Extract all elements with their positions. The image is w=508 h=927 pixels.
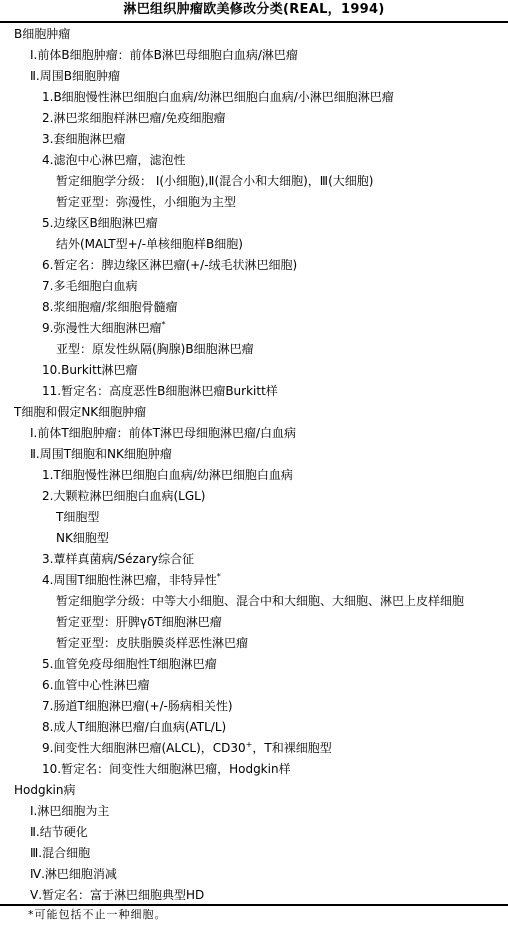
subtype-item: 1.B细胞慢性淋巴细胞白血病/幼淋巴细胞白血病/小淋巴细胞淋巴瘤: [0, 87, 508, 108]
subtype-item: 5.边缘区B细胞淋巴瘤: [0, 213, 508, 234]
row-text: Ⅱ.周围B细胞肿瘤: [30, 69, 120, 83]
subtype-note: NK细胞型: [0, 528, 508, 549]
row-text: 暂定亚型：皮肤脂膜炎样恶性淋巴瘤: [56, 636, 248, 650]
class-item: Ⅱ.周围B细胞肿瘤: [0, 66, 508, 87]
bottom-rule: [0, 904, 508, 906]
category-heading: T细胞和假定NK细胞肿瘤: [0, 402, 508, 423]
class-item: Ⅳ.淋巴细胞消减: [0, 864, 508, 885]
subtype-item: 7.多毛细胞白血病: [0, 276, 508, 297]
row-text: 10.Burkitt淋巴瘤: [42, 363, 138, 377]
class-item: Ⅴ.暂定名：富于淋巴细胞典型HD: [0, 885, 508, 906]
row-text: 2.大颗粒淋巴细胞白血病(LGL): [42, 489, 205, 503]
class-item: Ⅰ.淋巴细胞为主: [0, 801, 508, 822]
subtype-item: 7.肠道T细胞淋巴瘤(+/-肠病相关性): [0, 696, 508, 717]
row-text: 9.弥漫性大细胞淋巴瘤: [42, 321, 161, 335]
superscript-mark: *: [217, 572, 221, 581]
row-text: 3.套细胞淋巴瘤: [42, 132, 125, 146]
subtype-item: 3.套细胞淋巴瘤: [0, 129, 508, 150]
row-text: Ⅴ.暂定名：富于淋巴细胞典型HD: [30, 888, 204, 902]
class-item: Ⅲ.混合细胞: [0, 843, 508, 864]
subtype-item: 2.淋巴浆细胞样淋巴瘤/免疫细胞瘤: [0, 108, 508, 129]
class-item: Ⅱ.结节硬化: [0, 822, 508, 843]
table-title: 淋巴组织肿瘤欧美修改分类(REAL，1994): [0, 2, 508, 18]
row-text: 2.淋巴浆细胞样淋巴瘤/免疫细胞瘤: [42, 111, 226, 125]
subtype-item: 9.间变性大细胞淋巴瘤(ALCL)，CD30+，T和裸细胞型: [0, 738, 508, 759]
classification-list: B细胞肿瘤Ⅰ.前体B细胞肿瘤：前体B淋巴母细胞白血病/淋巴瘤Ⅱ.周围B细胞肿瘤1…: [0, 24, 508, 906]
row-text: 结外(MALT型+/-单核细胞样B细胞): [56, 237, 243, 251]
subtype-note: T细胞型: [0, 507, 508, 528]
row-text: 1.T细胞慢性淋巴细胞白血病/幼淋巴细胞白血病: [42, 468, 293, 482]
row-text: 4.周围T细胞性淋巴瘤，非特异性: [42, 573, 217, 587]
row-text: 1.B细胞慢性淋巴细胞白血病/幼淋巴细胞白血病/小淋巴细胞淋巴瘤: [42, 90, 394, 104]
category-heading: B细胞肿瘤: [0, 24, 508, 45]
row-text: 6.血管中心性淋巴瘤: [42, 678, 149, 692]
subtype-item: 10.Burkitt淋巴瘤: [0, 360, 508, 381]
row-text: T细胞型: [56, 510, 99, 524]
row-text: 5.边缘区B细胞淋巴瘤: [42, 216, 158, 230]
row-text: 7.肠道T细胞淋巴瘤(+/-肠病相关性): [42, 699, 233, 713]
subtype-item: 3.蕈样真菌病/Sézary综合征: [0, 549, 508, 570]
row-text: 11.暂定名：高度恶性B细胞淋巴瘤Burkitt样: [42, 384, 278, 398]
row-text: Ⅱ.结节硬化: [30, 825, 88, 839]
row-text: 3.蕈样真菌病/Sézary综合征: [42, 552, 194, 566]
class-item: Ⅰ.前体T细胞肿瘤：前体T淋巴母细胞淋巴瘤/白血病: [0, 423, 508, 444]
row-text: Ⅱ.周围T细胞和NK细胞肿瘤: [30, 447, 172, 461]
top-rule: [0, 21, 508, 23]
subtype-item: 8.成人T细胞淋巴瘤/白血病(ATL/L): [0, 717, 508, 738]
superscript-mark: *: [161, 320, 165, 329]
subtype-item: 9.弥漫性大细胞淋巴瘤*: [0, 318, 508, 339]
row-text: NK细胞型: [56, 531, 109, 545]
row-text: 8.成人T细胞淋巴瘤/白血病(ATL/L): [42, 720, 226, 734]
subtype-note: 结外(MALT型+/-单核细胞样B细胞): [0, 234, 508, 255]
row-text: 4.滤泡中心淋巴瘤，滤泡性: [42, 153, 185, 167]
subtype-note: 亚型：原发性纵隔(胸腺)B细胞淋巴瘤: [0, 339, 508, 360]
row-text: 暂定亚型：肝脾γδT细胞淋巴瘤: [56, 615, 222, 629]
subtype-note: 暂定亚型：皮肤脂膜炎样恶性淋巴瘤: [0, 633, 508, 654]
class-item: Ⅱ.周围T细胞和NK细胞肿瘤: [0, 444, 508, 465]
row-text: 8.浆细胞瘤/浆细胞骨髓瘤: [42, 300, 178, 314]
row-text: 6.暂定名：脾边缘区淋巴瘤(+/-绒毛状淋巴细胞): [42, 258, 297, 272]
subtype-note: 暂定细胞学分级：中等大小细胞、混合中和大细胞、大细胞、淋巴上皮样细胞: [0, 591, 508, 612]
subtype-item: 4.周围T细胞性淋巴瘤，非特异性*: [0, 570, 508, 591]
category-heading: Hodgkin病: [0, 780, 508, 801]
subtype-item: 4.滤泡中心淋巴瘤，滤泡性: [0, 150, 508, 171]
subtype-item: 8.浆细胞瘤/浆细胞骨髓瘤: [0, 297, 508, 318]
row-text: B细胞肿瘤: [14, 27, 70, 41]
row-text: Ⅳ.淋巴细胞消减: [30, 867, 117, 881]
footnote: *可能包括不止一种细胞。: [28, 907, 167, 923]
row-text: 9.间变性大细胞淋巴瘤(ALCL)，CD30: [42, 741, 246, 755]
subtype-item: 10.暂定名：间变性大细胞淋巴瘤，Hodgkin样: [0, 759, 508, 780]
row-text: 亚型：原发性纵隔(胸腺)B细胞淋巴瘤: [56, 342, 254, 356]
subtype-item: 6.暂定名：脾边缘区淋巴瘤(+/-绒毛状淋巴细胞): [0, 255, 508, 276]
subtype-item: 5.血管免疫母细胞性T细胞淋巴瘤: [0, 654, 508, 675]
row-text: Ⅲ.混合细胞: [30, 846, 90, 860]
subtype-item: 2.大颗粒淋巴细胞白血病(LGL): [0, 486, 508, 507]
row-text-after: ，T和裸细胞型: [252, 741, 331, 755]
row-text: T细胞和假定NK细胞肿瘤: [14, 405, 146, 419]
subtype-note: 暂定亚型：肝脾γδT细胞淋巴瘤: [0, 612, 508, 633]
row-text: Ⅰ.前体B细胞肿瘤：前体B淋巴母细胞白血病/淋巴瘤: [30, 48, 298, 62]
row-text: Ⅰ.前体T细胞肿瘤：前体T淋巴母细胞淋巴瘤/白血病: [30, 426, 296, 440]
class-item: Ⅰ.前体B细胞肿瘤：前体B淋巴母细胞白血病/淋巴瘤: [0, 45, 508, 66]
row-text: 7.多毛细胞白血病: [42, 279, 137, 293]
subtype-item: 1.T细胞慢性淋巴细胞白血病/幼淋巴细胞白血病: [0, 465, 508, 486]
row-text: 5.血管免疫母细胞性T细胞淋巴瘤: [42, 657, 217, 671]
row-text: Ⅰ.淋巴细胞为主: [30, 804, 109, 818]
row-text: 10.暂定名：间变性大细胞淋巴瘤，Hodgkin样: [42, 762, 291, 776]
subtype-item: 6.血管中心性淋巴瘤: [0, 675, 508, 696]
subtype-note: 暂定细胞学分级： Ⅰ(小细胞),Ⅱ(混合小和大细胞)，Ⅲ(大细胞): [0, 171, 508, 192]
subtype-note: 暂定亚型：弥漫性，小细胞为主型: [0, 192, 508, 213]
row-text: 暂定亚型：弥漫性，小细胞为主型: [56, 195, 236, 209]
row-text: 暂定细胞学分级：中等大小细胞、混合中和大细胞、大细胞、淋巴上皮样细胞: [56, 594, 464, 608]
row-text: Hodgkin病: [14, 783, 76, 797]
row-text: 暂定细胞学分级： Ⅰ(小细胞),Ⅱ(混合小和大细胞)，Ⅲ(大细胞): [56, 174, 373, 188]
subtype-item: 11.暂定名：高度恶性B细胞淋巴瘤Burkitt样: [0, 381, 508, 402]
